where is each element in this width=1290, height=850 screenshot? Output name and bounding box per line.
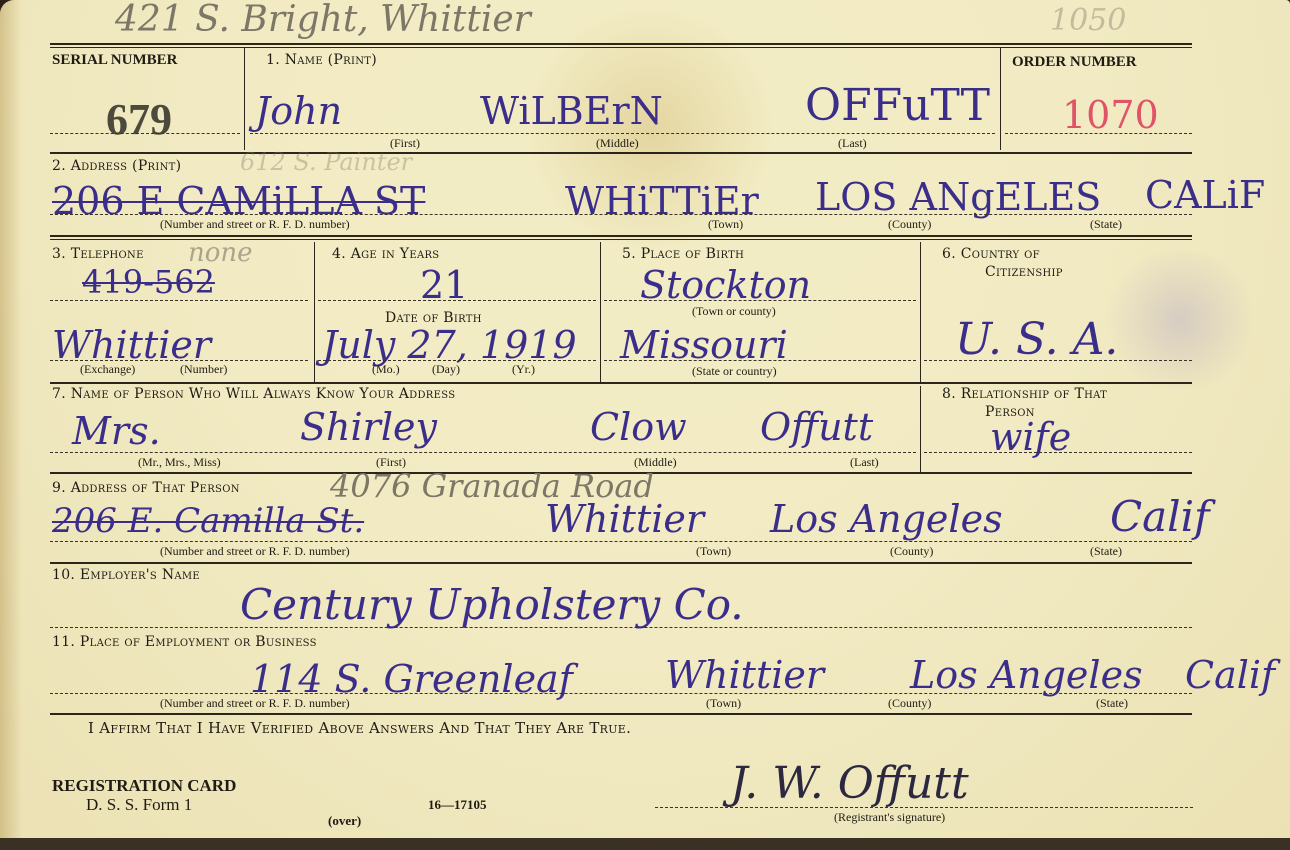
dash-line: [604, 360, 916, 361]
contact-address-county: Los Angeles: [770, 500, 1003, 538]
sub-mo: (Mo.): [372, 362, 400, 377]
employment-state: Calif: [1185, 656, 1275, 694]
dash-line: [1005, 133, 1192, 134]
edge-discoloration: [0, 0, 22, 850]
sub-middle: (Middle): [596, 136, 639, 151]
contact-middle: Clow: [590, 408, 687, 446]
dash-line: [318, 300, 596, 301]
sub-town: (Town): [708, 217, 743, 232]
sub-number: (Number): [180, 362, 227, 377]
sub-title: (Mr., Mrs., Miss): [138, 455, 221, 470]
sub-state: (State): [1090, 217, 1122, 232]
rule: [50, 713, 1192, 715]
dash-line: [50, 133, 240, 134]
sub-state: (State): [1096, 696, 1128, 711]
birthplace-label: 5. Place of Birth: [622, 246, 744, 262]
sub-exchange: (Exchange): [80, 362, 135, 377]
registrant-signature: J. W. Offutt: [730, 762, 969, 806]
sub-town: (Town): [706, 696, 741, 711]
dash-line: [924, 452, 1192, 453]
sub-street: (Number and street or R. F. D. number): [160, 544, 350, 559]
sub-town-or-county: (Town or county): [692, 304, 776, 319]
name-first: John: [255, 92, 342, 130]
sub-yr: (Yr.): [512, 362, 535, 377]
address-state: CALiF: [1145, 176, 1265, 214]
sub-day: (Day): [432, 362, 460, 377]
dash-line: [50, 300, 308, 301]
sub-last: (Last): [838, 136, 867, 151]
dash-line: [50, 541, 1192, 542]
contact-address-town: Whittier: [545, 500, 704, 538]
order-number: 1070: [1062, 96, 1159, 134]
signature-label: (Registrant's signature): [834, 810, 945, 825]
citizenship-label-2: Citizenship: [985, 264, 1063, 280]
pencil-top-right: 1050: [1050, 6, 1126, 36]
rule: [50, 382, 1192, 384]
dob-value: July 27, 1919: [322, 326, 577, 364]
contact-address-label: 9. Address of That Person: [52, 480, 240, 496]
employer-label: 10. Employer's Name: [52, 567, 200, 583]
employment-place-label: 11. Place of Employment or Business: [52, 634, 317, 650]
dash-line: [924, 360, 1192, 361]
sub-street: (Number and street or R. F. D. number): [160, 696, 350, 711]
sub-county: (County): [888, 696, 931, 711]
dash-line: [318, 360, 596, 361]
divider: [600, 242, 601, 382]
rule: [50, 562, 1192, 564]
sub-county: (County): [888, 217, 931, 232]
registration-card: 421 S. Bright, Whittier 1050 SERIAL NUMB…: [0, 0, 1290, 850]
contact-title: Mrs.: [72, 412, 161, 450]
sub-state: (State): [1090, 544, 1122, 559]
registration-card-title: REGISTRATION CARD: [52, 776, 236, 796]
divider: [244, 48, 245, 150]
citizenship-label-1: 6. Country of: [942, 246, 1040, 262]
contact-address-street: 206 E. Camilla St.: [52, 504, 364, 538]
relationship-value: wife: [990, 418, 1071, 456]
relationship-label-1: 8. Relationship of That: [942, 386, 1107, 402]
employment-county: Los Angeles: [910, 656, 1143, 694]
citizenship-value: U. S. A.: [955, 318, 1118, 362]
contact-last: Offutt: [760, 408, 873, 446]
dash-line: [50, 214, 1192, 215]
telephone-label: 3. Telephone: [52, 246, 144, 262]
serial-number: 679: [106, 94, 172, 145]
card-bottom-edge: [0, 838, 1290, 850]
telephone-exchange: Whittier: [52, 326, 211, 364]
contact-person-label: 7. Name of Person Who Will Always Know Y…: [52, 386, 455, 402]
dash-line: [604, 300, 916, 301]
sub-county: (County): [890, 544, 933, 559]
divider: [1000, 48, 1001, 150]
dash-line: [50, 452, 916, 453]
divider: [920, 386, 921, 472]
dash-line: [50, 693, 1192, 694]
serial-number-label: SERIAL NUMBER: [52, 52, 177, 69]
pencil-top-note: 421 S. Bright, Whittier: [115, 2, 531, 38]
sub-last: (Last): [850, 455, 879, 470]
name-label: 1. Name (Print): [266, 52, 377, 68]
divider: [920, 242, 921, 382]
contact-first: Shirley: [300, 408, 437, 446]
signature-line: [655, 807, 1193, 808]
form-number: D. S. S. Form 1: [86, 795, 192, 815]
dash-line: [250, 133, 995, 134]
sub-state-or-country: (State or country): [692, 364, 777, 379]
affirmation-text: I Affirm That I Have Verified Above Answ…: [88, 719, 631, 737]
birthplace-state: Missouri: [620, 326, 788, 364]
address-label: 2. Address (Print): [52, 158, 181, 174]
over-note: (over): [328, 813, 361, 829]
telephone-number: 419-562: [82, 266, 215, 298]
rule: [50, 152, 1192, 154]
contact-address-state: Calif: [1110, 496, 1210, 538]
age-label: 4. Age in Years: [332, 246, 439, 262]
top-rule: [50, 43, 1192, 48]
name-middle: WiLBErN: [480, 92, 663, 130]
employer-value: Century Upholstery Co.: [240, 584, 744, 626]
dash-line: [50, 360, 308, 361]
ink-smudge: [1100, 250, 1260, 390]
sub-town: (Town): [696, 544, 731, 559]
print-code: 16—17105: [428, 797, 487, 813]
name-last: OFFuTT: [805, 84, 990, 128]
employment-town: Whittier: [665, 656, 824, 694]
order-number-label: ORDER NUMBER: [1012, 54, 1137, 71]
address-pencil-note: 612 S. Painter: [240, 150, 412, 174]
birthplace-town: Stockton: [640, 266, 811, 304]
address-county: LOS ANgELES: [815, 178, 1101, 216]
sub-street: (Number and street or R. F. D. number): [160, 217, 350, 232]
divider: [314, 242, 315, 382]
dash-line: [50, 627, 1192, 628]
age-value: 21: [420, 266, 468, 304]
